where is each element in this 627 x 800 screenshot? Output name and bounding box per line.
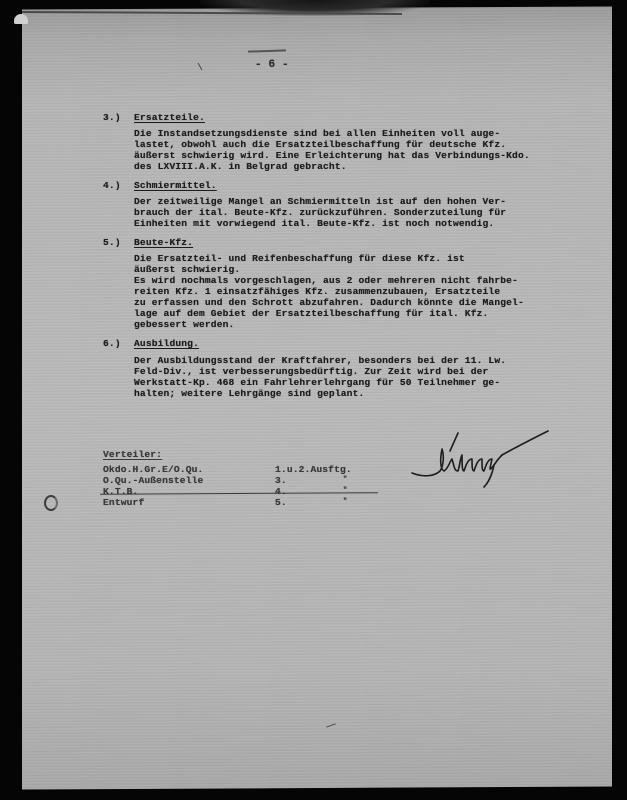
- section-number: 4.): [103, 180, 121, 191]
- section-line: äußerst schwierig.: [134, 264, 240, 275]
- section-heading: Beute-Kfz.: [134, 237, 193, 248]
- section-line: gebessert werden.: [134, 319, 234, 330]
- section-line: Es wird nochmals vorgeschlagen, aus 2 od…: [134, 275, 518, 286]
- page-number: - 6 -: [255, 60, 289, 71]
- section-number: 3.): [103, 112, 121, 123]
- distribution-recipient: Entwurf: [103, 497, 144, 508]
- distribution-ditto: ": [343, 497, 347, 508]
- section-line: Die Instandsetzungsdienste sind bei alle…: [134, 128, 500, 139]
- section-line: brauch der ital. Beute-Kfz. zurückzuführ…: [134, 207, 506, 218]
- section-line: reiten Kfz. 1 einsatzfähiges Kfz. zusamm…: [134, 286, 500, 297]
- punch-hole: [44, 495, 58, 511]
- distribution-recipient: Okdo.H.Gr.E/O.Qu.: [103, 464, 203, 475]
- section-line: Feld-Div., ist verbesserungsbedürftig. Z…: [134, 366, 488, 377]
- section-heading: Ausbildung.: [134, 338, 199, 349]
- distribution-heading: Verteiler:: [103, 449, 162, 460]
- distribution-copy: 4.: [275, 486, 287, 497]
- distribution-ditto: ": [343, 475, 347, 486]
- distribution-copy: 1.u.2.Ausftg.: [275, 464, 352, 475]
- section-line: Der zeitweilige Mangel an Schmiermitteln…: [134, 196, 506, 207]
- section-line: des LXVIII.A.K. in Belgrad gebracht.: [134, 161, 347, 172]
- distribution-recipient: O.Qu.-Außenstelle: [103, 475, 203, 486]
- distribution-row: Entwurf 5. ": [103, 497, 403, 508]
- section-line: Die Ersatzteil- und Reifenbeschaffung fü…: [134, 253, 465, 264]
- section-line: Werkstatt-Kp. 468 ein Fahrlehrerlehrgang…: [134, 377, 500, 388]
- paper-corner: [14, 14, 28, 24]
- section-number: 6.): [103, 338, 121, 349]
- distribution-row: Okdo.H.Gr.E/O.Qu. 1.u.2.Ausftg.: [103, 464, 403, 475]
- signature-icon: [410, 425, 560, 495]
- section-number: 5.): [103, 237, 121, 248]
- section-heading: Schmiermittel.: [134, 180, 217, 191]
- section-line: lastet, obwohl auch die Ersatzteilbescha…: [134, 139, 506, 150]
- section-line: lage auf dem Gebiet der Ersatzteilbescha…: [134, 308, 488, 319]
- section-heading: Ersatzteile.: [134, 112, 205, 123]
- section-line: zu erfassen und den Schrott abzufahren. …: [134, 297, 524, 308]
- distribution-recipient: K.T.B.: [103, 486, 138, 497]
- distribution-row: O.Qu.-Außenstelle 3. ": [103, 475, 403, 486]
- distribution-copy: 3.: [275, 475, 287, 486]
- section-line: Der Ausbildungsstand der Kraftfahrer, be…: [134, 355, 506, 366]
- section-line: halten; weitere Lehrgänge sind geplant.: [134, 388, 364, 399]
- section-line: äußerst schwierig wird. Eine Erleichteru…: [134, 150, 530, 161]
- section-line: Einheiten mit vorwiegend ital. Beute-Kfz…: [134, 218, 494, 229]
- distribution-copy: 5.: [275, 497, 287, 508]
